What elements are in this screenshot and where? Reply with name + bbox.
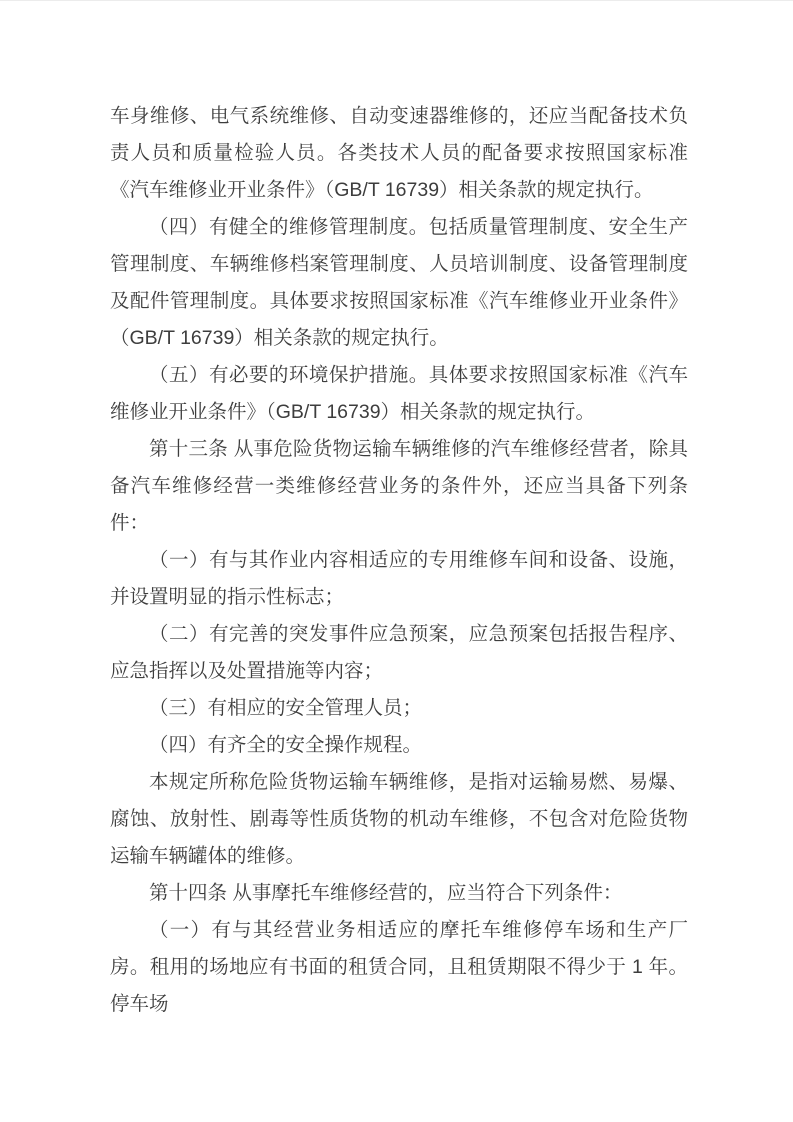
paragraph: （四）有健全的维修管理制度。包括质量管理制度、安全生产管理制度、车辆维修档案管理…: [110, 209, 688, 357]
paragraph: （四）有齐全的安全操作规程。: [110, 727, 688, 764]
document-body: 车身维修、电气系统维修、自动变速器维修的，还应当配备技术负责人员和质量检验人员。…: [110, 98, 688, 1023]
paragraph: 本规定所称危险货物运输车辆维修，是指对运输易燃、易爆、腐蚀、放射性、剧毒等性质货…: [110, 764, 688, 875]
paragraph: 第十四条 从事摩托车维修经营的，应当符合下列条件：: [110, 875, 688, 912]
paragraph: （三）有相应的安全管理人员；: [110, 690, 688, 727]
document-page: 车身维修、电气系统维修、自动变速器维修的，还应当配备技术负责人员和质量检验人员。…: [0, 0, 793, 1122]
paragraph: （五）有必要的环境保护措施。具体要求按照国家标准《汽车维修业开业条件》（GB/T…: [110, 357, 688, 431]
paragraph: （二）有完善的突发事件应急预案，应急预案包括报告程序、应急指挥以及处置措施等内容…: [110, 616, 688, 690]
paragraph: 第十三条 从事危险货物运输车辆维修的汽车维修经营者，除具备汽车维修经营一类维修经…: [110, 431, 688, 542]
paragraph: 车身维修、电气系统维修、自动变速器维修的，还应当配备技术负责人员和质量检验人员。…: [110, 98, 688, 209]
paragraph: （一）有与其经营业务相适应的摩托车维修停车场和生产厂房。租用的场地应有书面的租赁…: [110, 912, 688, 1023]
paragraph: （一）有与其作业内容相适应的专用维修车间和设备、设施，并设置明显的指示性标志；: [110, 542, 688, 616]
